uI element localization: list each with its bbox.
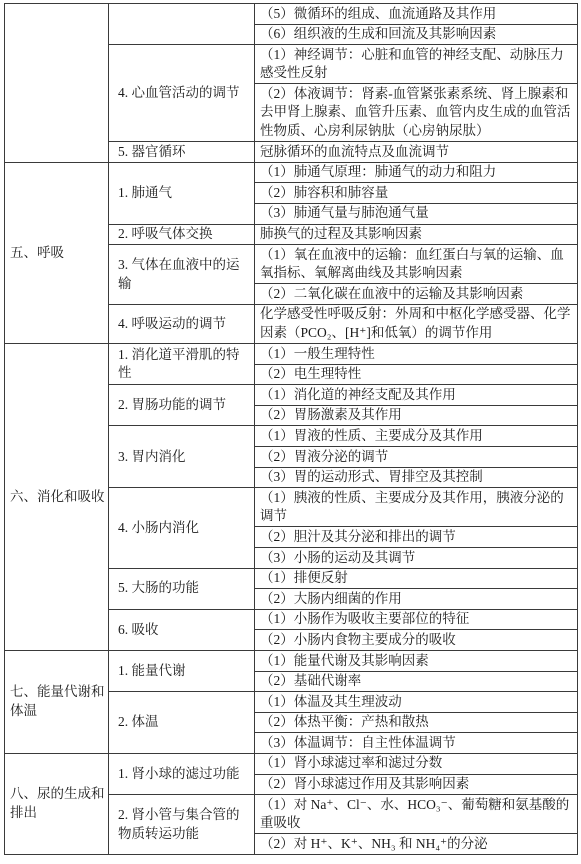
detail-cell: （2）小肠内食物主要成分的吸收 xyxy=(255,630,578,651)
detail-cell: （3）肺通气量与肺泡通气量 xyxy=(255,203,578,224)
topic-cell: 3. 胃内消化 xyxy=(109,426,255,488)
table-row: 五、呼吸1. 肺通气（1）肺通气原理：肺通气的动力和阻力 xyxy=(5,162,578,183)
topic-cell: 1. 消化道平滑肌的特性 xyxy=(109,344,255,385)
detail-cell: （2）对 H⁺、K⁺、NH₃ 和 NH₄⁺的分泌 xyxy=(255,834,578,855)
detail-cell: （3）体温调节：自主性体温调节 xyxy=(255,733,578,754)
topic-cell: 6. 吸收 xyxy=(109,609,255,650)
chapter-cell: 五、呼吸 xyxy=(5,162,109,343)
topic-cell: 5. 大肠的功能 xyxy=(109,568,255,609)
detail-cell: 肺换气的过程及其影响因素 xyxy=(255,224,578,245)
detail-cell: （1）体温及其生理波动 xyxy=(255,692,578,713)
detail-cell: （1）消化道的神经支配及其作用 xyxy=(255,385,578,406)
chapter-cell: 八、尿的生成和排出 xyxy=(5,753,109,854)
table-row: （5）微循环的组成、血流通路及其作用 xyxy=(5,4,578,25)
detail-cell: （2）二氧化碳在血液中的运输及其影响因素 xyxy=(255,284,578,305)
table-row: 六、消化和吸收1. 消化道平滑肌的特性（1）一般生理特性 xyxy=(5,344,578,365)
table-row: 八、尿的生成和排出1. 肾小球的滤过功能（1）肾小球滤过率和滤过分数 xyxy=(5,753,578,774)
detail-cell: （1）排便反射 xyxy=(255,568,578,589)
detail-cell: （2）体热平衡：产热和散热 xyxy=(255,712,578,733)
syllabus-table-body: （5）微循环的组成、血流通路及其作用（6）组织液的生成和回流及其影响因素4. 心… xyxy=(5,4,578,855)
detail-cell: （1）一般生理特性 xyxy=(255,344,578,365)
chapter-cell: 六、消化和吸收 xyxy=(5,344,109,651)
table-row: 七、能量代谢和体温1. 能量代谢（1）能量代谢及其影响因素 xyxy=(5,651,578,672)
detail-cell: （6）组织液的生成和回流及其影响因素 xyxy=(255,24,578,45)
detail-cell: （3）小肠的运动及其调节 xyxy=(255,548,578,569)
topic-cell: 4. 呼吸运动的调节 xyxy=(109,304,255,343)
detail-cell: （2）胃液分泌的调节 xyxy=(255,447,578,468)
detail-cell: （1）神经调节：心脏和血管的神经支配、动脉压力感受性反射 xyxy=(255,45,578,84)
topic-cell: 4. 小肠内消化 xyxy=(109,488,255,568)
detail-cell: （1）小肠作为吸收主要部位的特征 xyxy=(255,609,578,630)
detail-cell: （1）胰液的性质、主要成分及其作用，胰液分泌的调节 xyxy=(255,488,578,527)
topic-cell: 4. 心血管活动的调节 xyxy=(109,45,255,142)
detail-cell: 冠脉循环的血流特点及血流调节 xyxy=(255,142,578,163)
topic-cell xyxy=(109,4,255,45)
detail-cell: （3）胃的运动形式、胃排空及其控制 xyxy=(255,467,578,488)
topic-cell: 2. 胃肠功能的调节 xyxy=(109,385,255,426)
syllabus-table: （5）微循环的组成、血流通路及其作用（6）组织液的生成和回流及其影响因素4. 心… xyxy=(4,3,578,855)
chapter-cell xyxy=(5,4,109,163)
detail-cell: （1）胃液的性质、主要成分及其作用 xyxy=(255,426,578,447)
detail-cell: （2）胃肠激素及其作用 xyxy=(255,405,578,426)
detail-cell: （2）大肠内细菌的作用 xyxy=(255,589,578,610)
topic-cell: 2. 体温 xyxy=(109,692,255,754)
topic-cell: 2. 呼吸气体交换 xyxy=(109,224,255,245)
chapter-cell: 七、能量代谢和体温 xyxy=(5,651,109,754)
topic-cell: 1. 能量代谢 xyxy=(109,651,255,692)
topic-cell: 2. 肾小管与集合管的物质转运功能 xyxy=(109,795,255,855)
topic-cell: 1. 肾小球的滤过功能 xyxy=(109,753,255,794)
detail-cell: （2）体液调节：肾素-血管紧张素系统、肾上腺素和去甲肾上腺素、血管升压素、血管内… xyxy=(255,84,578,142)
topic-cell: 1. 肺通气 xyxy=(109,162,255,224)
detail-cell: （1）对 Na⁺、Cl⁻、水、HCO₃⁻、葡萄糖和氨基酸的重吸收 xyxy=(255,795,578,834)
detail-cell: 化学感受性呼吸反射：外周和中枢化学感受器、化学因素（PCO₂、[H⁺]和低氧）的… xyxy=(255,304,578,343)
detail-cell: （1）肺通气原理：肺通气的动力和阻力 xyxy=(255,162,578,183)
detail-cell: （2）肺容积和肺容量 xyxy=(255,183,578,204)
document-page: （5）微循环的组成、血流通路及其作用（6）组织液的生成和回流及其影响因素4. 心… xyxy=(0,0,581,864)
detail-cell: （5）微循环的组成、血流通路及其作用 xyxy=(255,4,578,25)
detail-cell: （1）氧在血液中的运输：血红蛋白与氧的运输、血氧指标、氧解离曲线及其影响因素 xyxy=(255,245,578,284)
detail-cell: （2）基础代谢率 xyxy=(255,671,578,692)
detail-cell: （2）胆汁及其分泌和排出的调节 xyxy=(255,527,578,548)
detail-cell: （1）肾小球滤过率和滤过分数 xyxy=(255,753,578,774)
detail-cell: （2）电生理特性 xyxy=(255,364,578,385)
detail-cell: （1）能量代谢及其影响因素 xyxy=(255,651,578,672)
detail-cell: （2）肾小球滤过作用及其影响因素 xyxy=(255,774,578,795)
topic-cell: 5. 器官循环 xyxy=(109,142,255,163)
topic-cell: 3. 气体在血液中的运输 xyxy=(109,245,255,305)
